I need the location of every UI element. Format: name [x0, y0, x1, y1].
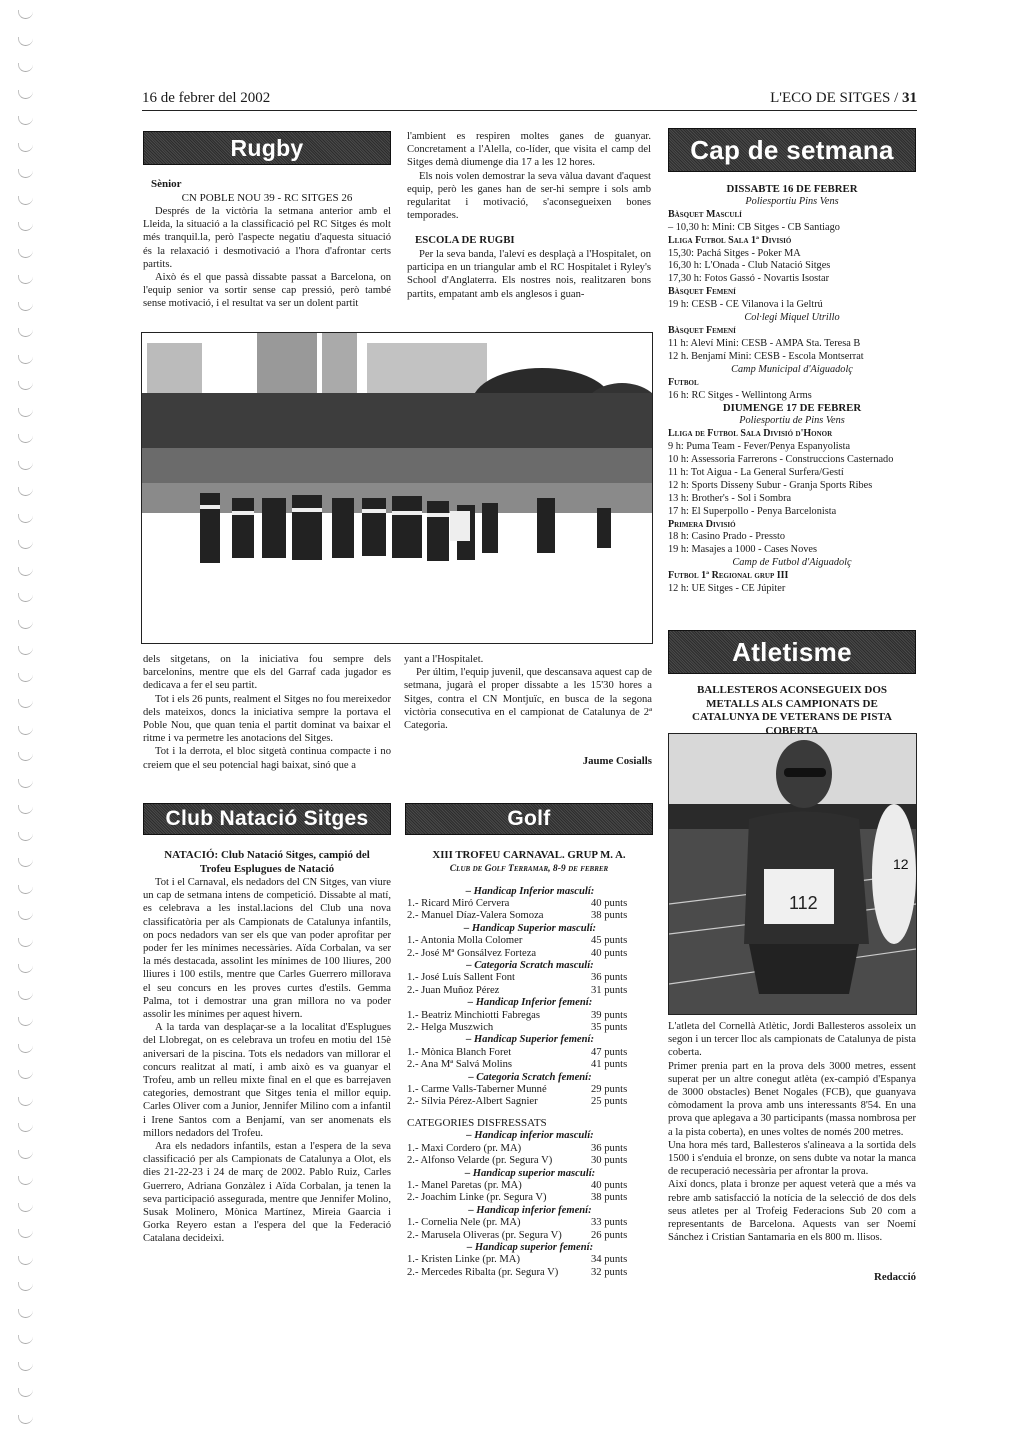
golf-player: 1.- Antonia Molla Colomer [407, 935, 522, 947]
golf-article: Golf XIII TROFEU CARNAVAL. GRUP M. A. Cl… [405, 803, 653, 1279]
binding-mark-icon [18, 10, 33, 19]
golf-points: 32 punts [591, 1267, 653, 1279]
rugby-author: Jaume Cosialls [404, 755, 652, 767]
schedule-game: 13 h: Brother's - Sol i Sombra [668, 493, 916, 506]
schedule-sport: Lliga Futbol Sala 1ª Divisió [668, 235, 916, 248]
golf-player: 1.- Ricard Miró Cervera [407, 898, 509, 910]
golf-banner: Golf [405, 803, 653, 835]
binding-mark-icon [18, 567, 33, 576]
rugby-paragraph: Tot i la derrota, el bloc sitgetà contin… [143, 745, 391, 771]
schedule-sport: Bàsquet Femení [668, 286, 916, 299]
rugby-paragraph: Això és el que passà dissabte passat a B… [143, 271, 391, 311]
binding-mark-icon [18, 222, 33, 231]
athletics-paragraph: L'atleta del Cornellà Atlètic, Jordi Bal… [668, 1020, 916, 1060]
golf-points: 36 punts [591, 1143, 653, 1155]
binding-mark-icon [18, 381, 33, 390]
golf-player: 2.- Joachim Linke (pr. Segura V) [407, 1192, 547, 1204]
golf-points: 26 punts [591, 1230, 653, 1242]
binding-mark-icon [18, 752, 33, 761]
schedule-sport: Futbol [668, 377, 916, 390]
golf-result-row: 1.- Beatriz Minchiotti Fabregas39 punts [407, 1010, 653, 1022]
binding-mark-icon [18, 858, 33, 867]
golf-category: – Categoria Scratch masculí: [407, 960, 653, 972]
schedule-game: 15,30: Pachá Sitges - Poker MA [668, 248, 916, 261]
golf-player: 1.- Beatriz Minchiotti Fabregas [407, 1010, 540, 1022]
binding-mark-icon [18, 487, 33, 496]
binding-mark-icon [18, 1309, 33, 1318]
binding-mark-icon [18, 1203, 33, 1212]
schedule-sport: Futbol 1ª Regional grup III [668, 570, 916, 583]
golf-result-row: 2.- Mercedes Ribalta (pr. Segura V)32 pu… [407, 1267, 653, 1279]
golf-player: 1.- Maxi Cordero (pr. MA) [407, 1143, 521, 1155]
binding-mark-icon [18, 832, 33, 841]
golf-player: 1.- Carme Valls-Taberner Munné [407, 1084, 547, 1096]
golf-result-row: 2.- Joachim Linke (pr. Segura V)38 punts [407, 1192, 653, 1204]
golf-points: 34 punts [591, 1254, 653, 1266]
schedule-game: 16 h: RC Sitges - Wellintong Arms [668, 390, 916, 403]
golf-points: 40 punts [591, 898, 653, 910]
binding-mark-icon [18, 540, 33, 549]
binding-mark-icon [18, 302, 33, 311]
swimming-paragraph: A la tarda van desplaçar-se a la localit… [143, 1021, 391, 1140]
golf-result-row: 2.- Marusela Oliveras (pr. Segura V)26 p… [407, 1230, 653, 1242]
publication-name: L'ECO DE SITGES / [770, 90, 898, 106]
schedule-venue: Camp de Futbol d'Aiguadolç [668, 557, 916, 570]
binding-mark-icon [18, 1362, 33, 1371]
svg-text:12: 12 [893, 856, 909, 872]
rugby-match-photo [141, 332, 653, 644]
golf-result-row: 1.- Manel Paretas (pr. MA)40 punts [407, 1180, 653, 1192]
binding-mark-icon [18, 63, 33, 72]
rugby-paragraph: yant a l'Hospitalet. [404, 653, 652, 666]
golf-category: – Handicap Superior femení: [407, 1034, 653, 1046]
binding-mark-icon [18, 328, 33, 337]
golf-disfressats-results: – Handicap inferior masculí:1.- Maxi Cor… [405, 1130, 653, 1279]
rugby-banner: Rugby [143, 131, 391, 165]
golf-player: 1.- Manel Paretas (pr. MA) [407, 1180, 522, 1192]
golf-points: 36 punts [591, 972, 653, 984]
golf-category: – Handicap Superior masculí: [407, 923, 653, 935]
golf-player: 2.- José Mª Gonsálvez Forteza [407, 948, 536, 960]
golf-player: 2.- Sílvia Pérez-Albert Sagnier [407, 1096, 538, 1108]
golf-points: 38 punts [591, 1192, 653, 1204]
athletics-paragraph: Així doncs, plata i bronze per aquest ve… [668, 1178, 916, 1244]
rugby-category: Sènior [143, 178, 391, 192]
golf-result-row: 1.- Ricard Miró Cervera40 punts [407, 898, 653, 910]
schedule-sport: Bàsquet Femení [668, 325, 916, 338]
binding-mark-icon [18, 1176, 33, 1185]
rugby-paragraph: Després de la victòria la setmana anteri… [143, 205, 391, 271]
binding-mark-icon [18, 991, 33, 1000]
binding-mark-icon [18, 699, 33, 708]
golf-subtitle: Club de Golf Terramar, 8-9 de febrer [405, 863, 653, 874]
rugby-match-score: CN POBLE NOU 39 - RC SITGES 26 [143, 192, 391, 206]
binding-mark-icon [18, 1388, 33, 1397]
schedule-game: 17 h: El Superpollo - Penya Barcelonista [668, 506, 916, 519]
schedule-day: DISSABTE 16 DE FEBRER [668, 183, 916, 196]
golf-disfressats-title: CATEGORIES DISFRESSATS [405, 1117, 653, 1131]
binding-mark-icon [18, 1415, 33, 1424]
golf-player: 1.- Kristen Linke (pr. MA) [407, 1254, 520, 1266]
schedule-day: DIUMENGE 17 DE FEBRER [668, 402, 916, 415]
schedule-game: 12 h: UE Sitges - CE Júpiter [668, 583, 916, 596]
schedule-venue: Col·legi Miquel Utrillo [668, 312, 916, 325]
binding-mark-icon [18, 1335, 33, 1344]
binding-mark-icon [18, 116, 33, 125]
golf-result-row: 1.- Antonia Molla Colomer45 punts [407, 935, 653, 947]
golf-result-row: 2.- Sílvia Pérez-Albert Sagnier25 punts [407, 1096, 653, 1108]
golf-points: 40 punts [591, 948, 653, 960]
escola-rugbi-heading: ESCOLA DE RUGBI [407, 234, 651, 248]
athletics-paragraph: Primer prenia part en la prova dels 3000… [668, 1060, 916, 1139]
golf-result-row: 1.- Carme Valls-Taberner Munné29 punts [407, 1084, 653, 1096]
binding-mark-icon [18, 434, 33, 443]
swimming-paragraph: Ara els nedadors infantils, estan a l'es… [143, 1140, 391, 1246]
rugby-paragraph: Per últim, l'equip juvenil, que descansa… [404, 666, 652, 732]
schedule-game: 10 h: Assessoria Farrerons - Construccio… [668, 454, 916, 467]
swimming-article: Club Natació Sitges NATACIÓ: Club Nataci… [143, 803, 391, 1246]
page-header: 16 de febrer del 2002 L'ECO DE SITGES / … [142, 88, 917, 111]
swimming-banner: Club Natació Sitges [143, 803, 391, 835]
binding-mark-icon [18, 885, 33, 894]
golf-result-row: 2.- Juan Muñoz Pérez31 punts [407, 985, 653, 997]
binding-mark-icon [18, 408, 33, 417]
schedule-game: 18 h: Casino Prado - Pressto [668, 531, 916, 544]
binding-mark-icon [18, 169, 33, 178]
golf-category: – Handicap inferior femení: [407, 1205, 653, 1217]
athletics-paragraph: Una hora més tard, Ballesteros s'alineav… [668, 1139, 916, 1179]
binding-mark-icon [18, 461, 33, 470]
golf-points: 41 punts [591, 1059, 653, 1071]
binding-mark-icon [18, 646, 33, 655]
binding-mark-icon [18, 1017, 33, 1026]
athletics-headline: BALLESTEROS ACONSEGUEIX DOS METALLS ALS … [668, 684, 916, 738]
binding-mark-icon [18, 355, 33, 364]
golf-player: 2.- Mercedes Ribalta (pr. Segura V) [407, 1267, 558, 1279]
schedule-game: 12 h. Benjamí Mini: CESB - Escola Montse… [668, 351, 916, 364]
golf-category: – Handicap superior masculí: [407, 1168, 653, 1180]
schedule-venue: Poliesportiu de Pins Vens [668, 415, 916, 428]
golf-result-row: 2.- José Mª Gonsálvez Forteza40 punts [407, 948, 653, 960]
golf-result-row: 1.- Mònica Blanch Foret47 punts [407, 1047, 653, 1059]
rugby-article-col1: Rugby Sènior CN POBLE NOU 39 - RC SITGES… [143, 131, 391, 311]
binding-mark-icon [18, 673, 33, 682]
athletics-article: Atletisme BALLESTEROS ACONSEGUEIX DOS ME… [668, 630, 916, 738]
golf-result-row: 1.- Cornelia Nele (pr. MA)33 punts [407, 1217, 653, 1229]
runner-photo-icon: 112 12 [669, 734, 916, 1014]
rugby-paragraph: Tot i els 26 punts, realment el Sitges n… [143, 693, 391, 746]
swimming-paragraph: Tot i el Carnaval, els nedadors del CN S… [143, 876, 391, 1021]
golf-results: – Handicap Inferior masculí:1.- Ricard M… [405, 886, 653, 1109]
rugby-paragraph: Per la seva banda, l'aleví es desplaçà a… [407, 248, 651, 301]
binding-mark-icon [18, 726, 33, 735]
binding-mark-icon [18, 1229, 33, 1238]
binding-marks [10, 10, 40, 1440]
schedule-game: 12 h: Sports Disseny Subur - Granja Spor… [668, 480, 916, 493]
golf-player: 2.- Ana Mª Salvá Molins [407, 1059, 512, 1071]
swimming-headline: NATACIÓ: Club Natació Sitges, campió del… [143, 849, 391, 876]
schedule-venue: Poliesportiu Pins Vens [668, 196, 916, 209]
schedule-game: 11 h: Aleví Mini: CESB - AMPA Sta. Teres… [668, 338, 916, 351]
binding-mark-icon [18, 620, 33, 629]
golf-result-row: 2.- Ana Mª Salvá Molins41 punts [407, 1059, 653, 1071]
binding-mark-icon [18, 196, 33, 205]
schedule-game: 17,30 h: Fotos Gassó - Novartis Isostar [668, 273, 916, 286]
binding-mark-icon [18, 1282, 33, 1291]
schedule-game: 11 h: Tot Aigua - La General Surfera/Ges… [668, 467, 916, 480]
golf-points: 29 punts [591, 1084, 653, 1096]
golf-title: XIII TROFEU CARNAVAL. GRUP M. A. [405, 849, 653, 863]
svg-text:112: 112 [789, 893, 818, 913]
schedule-sport: Lliga de Futbol Sala Divisió d'Honor [668, 428, 916, 441]
schedule-game: 9 h: Puma Team - Fever/Penya Espanyolist… [668, 441, 916, 454]
golf-result-row: 1.- Maxi Cordero (pr. MA)36 punts [407, 1143, 653, 1155]
athletics-body: L'atleta del Cornellà Atlètic, Jordi Bal… [668, 1020, 916, 1294]
athletics-banner: Atletisme [668, 630, 916, 674]
rugby-article-continued-col1: dels sitgetans, on la iniciativa fou sem… [143, 653, 391, 772]
golf-result-row: 2.- Manuel Díaz-Valera Somoza38 punts [407, 910, 653, 922]
binding-mark-icon [18, 938, 33, 947]
rugby-paragraph: dels sitgetans, on la iniciativa fou sem… [143, 653, 391, 693]
golf-points: 33 punts [591, 1217, 653, 1229]
binding-mark-icon [18, 1123, 33, 1132]
binding-mark-icon [18, 514, 33, 523]
golf-points: 45 punts [591, 935, 653, 947]
golf-points: 31 punts [591, 985, 653, 997]
rugby-article-col2: l'ambient es respiren moltes ganes de gu… [407, 130, 651, 301]
schedule-game: – 10,30 h: Mini: CB Sitges - CB Santiago [668, 222, 916, 235]
runner-photo: 112 12 [668, 733, 917, 1015]
binding-mark-icon [18, 964, 33, 973]
golf-result-row: 2.- Helga Muszwich35 punts [407, 1022, 653, 1034]
binding-mark-icon [18, 911, 33, 920]
page-number: 31 [902, 90, 917, 106]
golf-points: 25 punts [591, 1096, 653, 1108]
golf-category: – Handicap Inferior femení: [407, 997, 653, 1009]
binding-mark-icon [18, 143, 33, 152]
binding-mark-icon [18, 1070, 33, 1079]
golf-points: 47 punts [591, 1047, 653, 1059]
binding-mark-icon [18, 593, 33, 602]
golf-player: 1.- Mònica Blanch Foret [407, 1047, 511, 1059]
binding-mark-icon [18, 779, 33, 788]
golf-player: 2.- Alfonso Velarde (pr. Segura V) [407, 1155, 552, 1167]
binding-mark-icon [18, 805, 33, 814]
schedule-list: DISSABTE 16 DE FEBRERPoliesportiu Pins V… [668, 183, 916, 596]
golf-points: 38 punts [591, 910, 653, 922]
golf-points: 39 punts [591, 1010, 653, 1022]
golf-player: 2.- Helga Muszwich [407, 1022, 493, 1034]
rugby-paragraph: l'ambient es respiren moltes ganes de gu… [407, 130, 651, 170]
rugby-article-continued-col2: yant a l'Hospitalet. Per últim, l'equip … [404, 653, 652, 778]
golf-points: 40 punts [591, 1180, 653, 1192]
binding-mark-icon [18, 249, 33, 258]
issue-date: 16 de febrer del 2002 [142, 90, 270, 107]
schedule-game: 19 h: CESB - CE Vilanova i la Geltrú [668, 299, 916, 312]
schedule-venue: Camp Municipal d'Aiguadolç [668, 364, 916, 377]
binding-mark-icon [18, 37, 33, 46]
rugby-paragraph: Els nois volen demostrar la seva vàlua d… [407, 170, 651, 223]
schedule-game: 16,30 h: L'Onada - Club Natació Sitges [668, 260, 916, 273]
golf-player: 1.- Cornelia Nele (pr. MA) [407, 1217, 521, 1229]
golf-category: – Handicap Inferior masculí: [407, 886, 653, 898]
golf-player: 2.- Juan Muñoz Pérez [407, 985, 499, 997]
binding-mark-icon [18, 1256, 33, 1265]
schedule-sport: Bàsquet Masculí [668, 209, 916, 222]
weekend-schedule: Cap de setmana DISSABTE 16 DE FEBRERPoli… [668, 128, 916, 596]
binding-mark-icon [18, 275, 33, 284]
golf-result-row: 1.- José Luís Sallent Font36 punts [407, 972, 653, 984]
golf-category: – Categoria Scratch femení: [407, 1072, 653, 1084]
binding-mark-icon [18, 1044, 33, 1053]
golf-category: – Handicap inferior masculí: [407, 1130, 653, 1142]
golf-points: 30 punts [591, 1155, 653, 1167]
rugby-photo-icon [142, 333, 652, 643]
golf-result-row: 2.- Alfonso Velarde (pr. Segura V)30 pun… [407, 1155, 653, 1167]
golf-points: 35 punts [591, 1022, 653, 1034]
golf-player: 1.- José Luís Sallent Font [407, 972, 515, 984]
golf-result-row: 1.- Kristen Linke (pr. MA)34 punts [407, 1254, 653, 1266]
binding-mark-icon [18, 1097, 33, 1106]
binding-mark-icon [18, 90, 33, 99]
golf-player: 2.- Manuel Díaz-Valera Somoza [407, 910, 544, 922]
golf-category: – Handicap superior femení: [407, 1242, 653, 1254]
binding-mark-icon [18, 1150, 33, 1159]
schedule-game: 19 h: Masajes a 1000 - Cases Noves [668, 544, 916, 557]
masthead: L'ECO DE SITGES / 31 [770, 90, 917, 107]
weekend-banner: Cap de setmana [668, 128, 916, 172]
schedule-sport: Primera Divisió [668, 519, 916, 532]
golf-player: 2.- Marusela Oliveras (pr. Segura V) [407, 1230, 562, 1242]
athletics-author: Redacció [668, 1271, 916, 1283]
